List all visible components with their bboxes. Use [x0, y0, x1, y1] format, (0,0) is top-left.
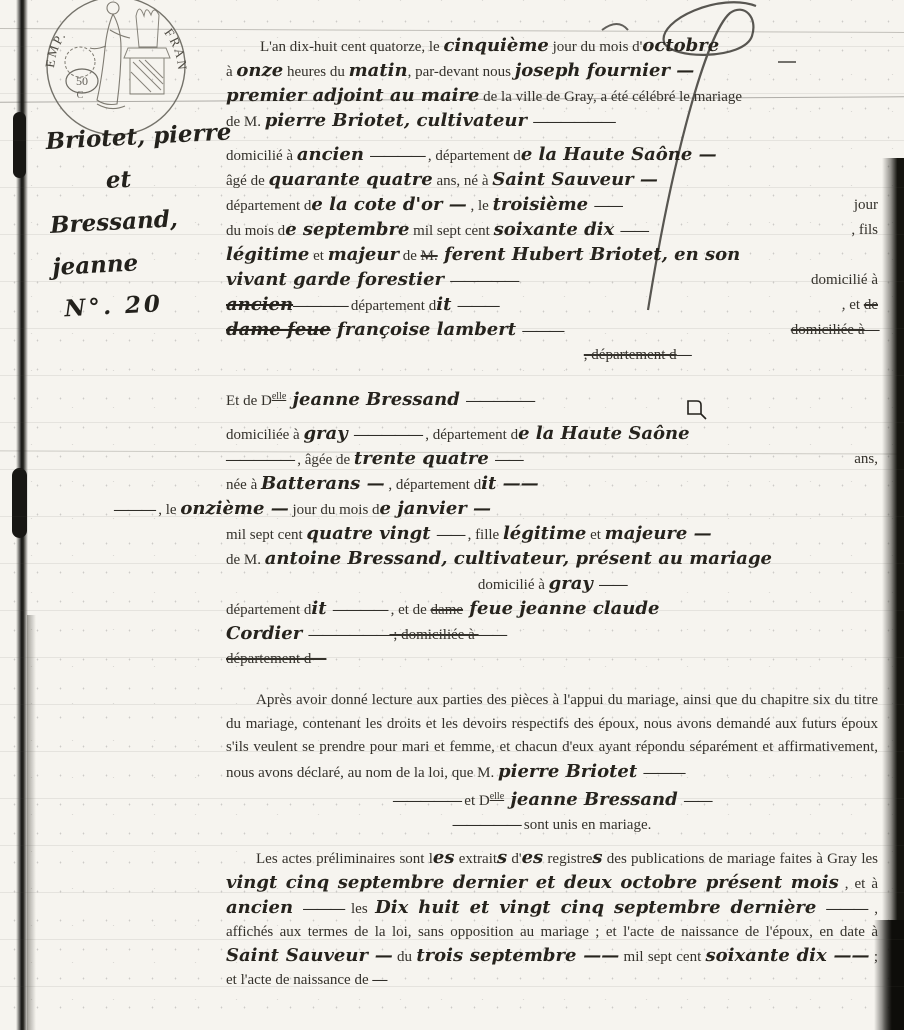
handwritten-text: légitime [226, 244, 309, 265]
ink-rule: ——— [643, 765, 684, 781]
printed-text: de M. [226, 114, 265, 130]
handwritten-text: majeure — [605, 523, 712, 544]
printed-text: domicilié à [811, 272, 878, 288]
superscript-text: elle [490, 791, 504, 802]
line-right: domicilié à [811, 268, 878, 293]
document-line: ————— , âgée de trente quatre ——ans, [226, 447, 878, 472]
document-line: L'an dix-huit cent quatorze, le cinquièm… [226, 34, 878, 59]
printed-text: département d [226, 602, 311, 618]
document-line: ancien———— département dit ———, et de [226, 293, 878, 318]
handwritten-text: e la Haute Saône — [521, 144, 717, 165]
handwritten-text: légitime [503, 523, 586, 544]
printed-text: domiciliée à [226, 427, 303, 443]
ink-rule: ———— [370, 148, 424, 164]
printed-text-struck: , département d [584, 347, 677, 363]
ink-rule: ——— [458, 298, 499, 314]
handwritten-text: e septembre [285, 219, 409, 240]
handwritten-text: Batterans — [261, 473, 385, 494]
margin-note-line: Bressand, jeanne [49, 195, 243, 289]
printed-text: ans, [854, 451, 878, 467]
margin-note: Briotet, pierreetBressand, jeanneN°. 20 [45, 111, 246, 331]
handwritten-text: feue jeanne claude [463, 598, 659, 619]
handwritten-text: it [311, 598, 332, 619]
binding-ink-blob [12, 468, 27, 538]
handwritten-text: matin [349, 60, 408, 81]
printed-text: née à [226, 477, 261, 493]
handwritten-text-struck: dame feue [226, 319, 331, 340]
handwritten-text: gray [303, 423, 353, 444]
handwritten-text: jeanne Bressand [286, 389, 466, 410]
printed-text: âgé de [226, 173, 268, 189]
handwritten-text: joseph fournier — [515, 60, 695, 81]
printed-text: , âgée de [294, 452, 354, 468]
ink-rule: ———— [293, 298, 347, 314]
document-line: née à Batterans — , département dit —— [226, 472, 878, 497]
printed-text: , et de [387, 602, 431, 618]
printed-text: jour [854, 197, 878, 213]
document-line: vivant garde forestier —————domicilié à [226, 268, 878, 293]
document-line: Les actes préliminaires sont les extrait… [226, 846, 878, 992]
printed-text-struck: M. [421, 248, 438, 264]
ink-rule: —— [437, 527, 464, 543]
printed-text: , par-devant nous [408, 64, 515, 80]
printed-text: domicilié à [226, 148, 297, 164]
scanned-marriage-record-page: EMP. FRAN. 50 [0, 0, 904, 1030]
printed-text: et [309, 248, 327, 264]
line-left: du mois de septembre mil sept cent soixa… [226, 218, 648, 243]
printed-text: , le [467, 198, 493, 214]
handwritten-text: pierre Briotet, cultivateur [265, 110, 533, 131]
handwritten-text: Saint Sauveur — [492, 169, 658, 190]
document-line: légitime et majeur de M. ferent Hubert B… [226, 243, 878, 268]
document-line: dame feue françoise lambert ———domicilié… [226, 318, 878, 343]
handwritten-text-struck: ancien [226, 294, 293, 315]
handwritten-text: troisième [493, 194, 595, 215]
printed-text: Et de D [226, 393, 272, 409]
document-line: domiciliée à gray ————— , département de… [226, 422, 878, 447]
printed-text: extrait [454, 851, 497, 867]
printed-text: mil sept cent [409, 223, 493, 239]
printed-text: registre [543, 851, 592, 867]
document-line: ————— sont unis en mariage. [226, 813, 878, 837]
printed-text: , département d [385, 477, 482, 493]
printed-text: des publications de mariage faites à Gra… [603, 851, 878, 867]
document-line: département dit ———— , et de dame feue j… [226, 597, 878, 622]
handwritten-text: quarante quatre [268, 169, 432, 190]
handwritten-text: trente quatre [354, 448, 495, 469]
printed-text: jour du mois d [289, 502, 380, 518]
printed-text: à [226, 64, 236, 80]
handwritten-text: vingt cinq septembre dernier et deux oct… [226, 872, 839, 893]
printed-text: de M. [226, 552, 265, 568]
handwritten-text: es [433, 847, 455, 868]
printed-text: du [393, 949, 417, 965]
printed-text: domicilié à [478, 577, 549, 593]
ink-rule: —————— [533, 114, 614, 130]
printed-text-struck: département d— [226, 651, 326, 667]
handwritten-text: premier adjoint au maire [226, 85, 479, 106]
document-line: mil sept cent quatre vingt —— , fille lé… [226, 522, 878, 547]
ink-rule: —— [479, 627, 506, 643]
printed-text: , et [842, 297, 864, 313]
printed-text: L'an dix-huit cent quatorze, le [260, 39, 443, 55]
printed-text-struck: de [864, 297, 878, 313]
printed-text: , département d [424, 148, 521, 164]
document-line: , département d— [226, 343, 878, 367]
ink-rule: —————— [308, 627, 389, 643]
document-body: L'an dix-huit cent quatorze, le cinquièm… [226, 34, 878, 992]
reference-mark [684, 398, 708, 426]
ink-rule: ——— [114, 502, 155, 518]
ink-rule: ————— [453, 817, 521, 833]
document-line: ————— et Delle jeanne Bressand —— [226, 785, 878, 813]
ink-rule: ————— [226, 452, 294, 468]
right-page-edge [882, 158, 904, 1030]
handwritten-text: soixante dix —— [706, 945, 870, 966]
printed-text: , département d [421, 427, 518, 443]
line-right: , fils [851, 218, 878, 243]
ink-rule: —— [599, 577, 626, 593]
svg-text:50: 50 [76, 74, 88, 88]
printed-text: sont unis en mariage. [520, 817, 651, 833]
printed-text: d' [507, 851, 521, 867]
document-line: de M. antoine Bressand, cultivateur, pré… [226, 547, 878, 572]
line-left: département de la cote d'or — , le trois… [226, 193, 621, 218]
handwritten-text: it —— [481, 473, 538, 494]
right-page-edge-bottom [874, 920, 904, 1030]
printed-text: heures du [283, 64, 348, 80]
handwritten-text: onze [236, 60, 283, 81]
line-right: jour [854, 193, 878, 218]
handwritten-text: e la Haute Saône [518, 423, 689, 444]
document-line: département d— [226, 647, 878, 671]
document-line: département de la cote d'or — , le trois… [226, 193, 878, 218]
handwritten-text: françoise lambert [331, 319, 523, 340]
ink-rule: —— [684, 793, 711, 809]
printed-text: , fils [851, 222, 878, 238]
document-line: ——— , le onzième — jour du mois de janvi… [114, 497, 878, 522]
superscript-text: elle [272, 391, 286, 402]
handwritten-text: onzième — [180, 498, 288, 519]
svg-text:C: C [77, 90, 84, 101]
ink-rule: — [865, 322, 879, 338]
printed-text: les [344, 901, 376, 917]
printed-text: , et à [839, 876, 878, 892]
ink-rule: —— [621, 223, 648, 239]
handwritten-text: vivant garde forestier [226, 269, 450, 290]
handwritten-text: antoine Bressand, cultivateur, présent a… [265, 548, 772, 569]
handwritten-text: Dix huit et vingt cinq septembre dernièr… [375, 897, 826, 918]
line-right: domiciliée à— [791, 318, 878, 343]
line-left: ancien———— département dit ——— [226, 293, 498, 318]
document-line: premier adjoint au maire de la ville de … [226, 84, 878, 109]
handwritten-text: quatre vingt [306, 523, 436, 544]
handwritten-text: it [436, 294, 457, 315]
handwritten-text: s [497, 847, 507, 868]
handwritten-text: jeanne Bressand [504, 789, 684, 810]
document-line: de M. pierre Briotet, cultivateur —————— [226, 109, 878, 134]
ink-rule: ——— [303, 901, 344, 917]
document-line: du mois de septembre mil sept cent soixa… [226, 218, 878, 243]
handwritten-text: e la cote d'or — [311, 194, 466, 215]
printed-text: et [586, 527, 604, 543]
handwritten-text: cinquième [443, 35, 548, 56]
printed-text: de la ville de Gray, a été célébré le ma… [479, 89, 742, 105]
handwritten-text: ferent Hubert Briotet, en son [438, 244, 740, 265]
printed-text: de [399, 248, 421, 264]
ink-rule: — [372, 972, 386, 988]
document-line: domicilié à ancien ———— , département de… [226, 143, 878, 168]
printed-text: département d [347, 298, 436, 314]
left-binding-shadow [27, 615, 36, 1030]
ink-rule: —— [495, 452, 522, 468]
line-left: vivant garde forestier ————— [226, 268, 518, 293]
document-line: domicilié à gray —— [226, 572, 878, 597]
printed-text-struck: ; domiciliée à [389, 627, 478, 643]
handwritten-text: ancien [226, 897, 303, 918]
handwritten-text: s [592, 847, 602, 868]
ink-rule: ————— [450, 273, 518, 289]
document-line: Après avoir donné lecture aux parties de… [226, 689, 878, 785]
ink-rule: ————— [466, 393, 534, 409]
stamp-eagle-altar [124, 9, 170, 94]
handwritten-text: es [522, 847, 544, 868]
margin-note-line: N°. 20 [53, 279, 245, 331]
line-left: dame feue françoise lambert ——— [226, 318, 563, 343]
printed-text: ans, né à [433, 173, 493, 189]
document-line: âgé de quarante quatre ans, né à Saint S… [226, 168, 878, 193]
ink-rule: ———— [333, 602, 387, 618]
handwritten-text: octobre [642, 35, 719, 56]
ink-rule: — [677, 347, 691, 363]
ink-rule: ————— [393, 793, 461, 809]
stamp-figure [90, 2, 130, 109]
printed-text: mil sept cent [619, 949, 705, 965]
ink-rule: ——— [522, 323, 563, 339]
printed-text: département d [226, 198, 311, 214]
printed-text: et D [461, 793, 490, 809]
printed-text: jour du mois d' [549, 39, 643, 55]
ink-rule: ——— [826, 901, 867, 917]
handwritten-text: majeur [328, 244, 399, 265]
handwritten-text: soixante dix [494, 219, 621, 240]
ink-rule: ————— [354, 427, 422, 443]
handwritten-text: trois septembre —— [416, 945, 619, 966]
line-right: ans, [854, 447, 878, 472]
handwritten-text: Saint Sauveur — [226, 945, 393, 966]
handwritten-text: e janvier — [380, 498, 491, 519]
stamp-value: 50 C [65, 47, 98, 101]
ink-rule: —— [594, 198, 621, 214]
printed-text-struck: domiciliée à [791, 322, 865, 338]
document-line: Et de Delle jeanne Bressand ————— [226, 385, 878, 413]
document-line: à onze heures du matin, par-devant nous … [226, 59, 878, 84]
printed-text: , le [155, 502, 181, 518]
handwritten-text: Cordier [226, 623, 308, 644]
binding-ink-blob [13, 112, 26, 178]
line-left: ————— , âgée de trente quatre —— [226, 447, 522, 472]
line-right: , et de [842, 293, 878, 318]
handwritten-text: pierre Briotet [498, 761, 643, 782]
printed-text: Les actes préliminaires sont l [256, 851, 433, 867]
printed-text: du mois d [226, 223, 285, 239]
printed-text: mil sept cent [226, 527, 306, 543]
document-line: Cordier —————— ; domiciliée à —— [226, 622, 878, 647]
handwritten-text: ancien [297, 144, 370, 165]
printed-text: , fille [464, 527, 503, 543]
printed-text-struck: dame [431, 602, 463, 618]
handwritten-text: gray [549, 573, 599, 594]
